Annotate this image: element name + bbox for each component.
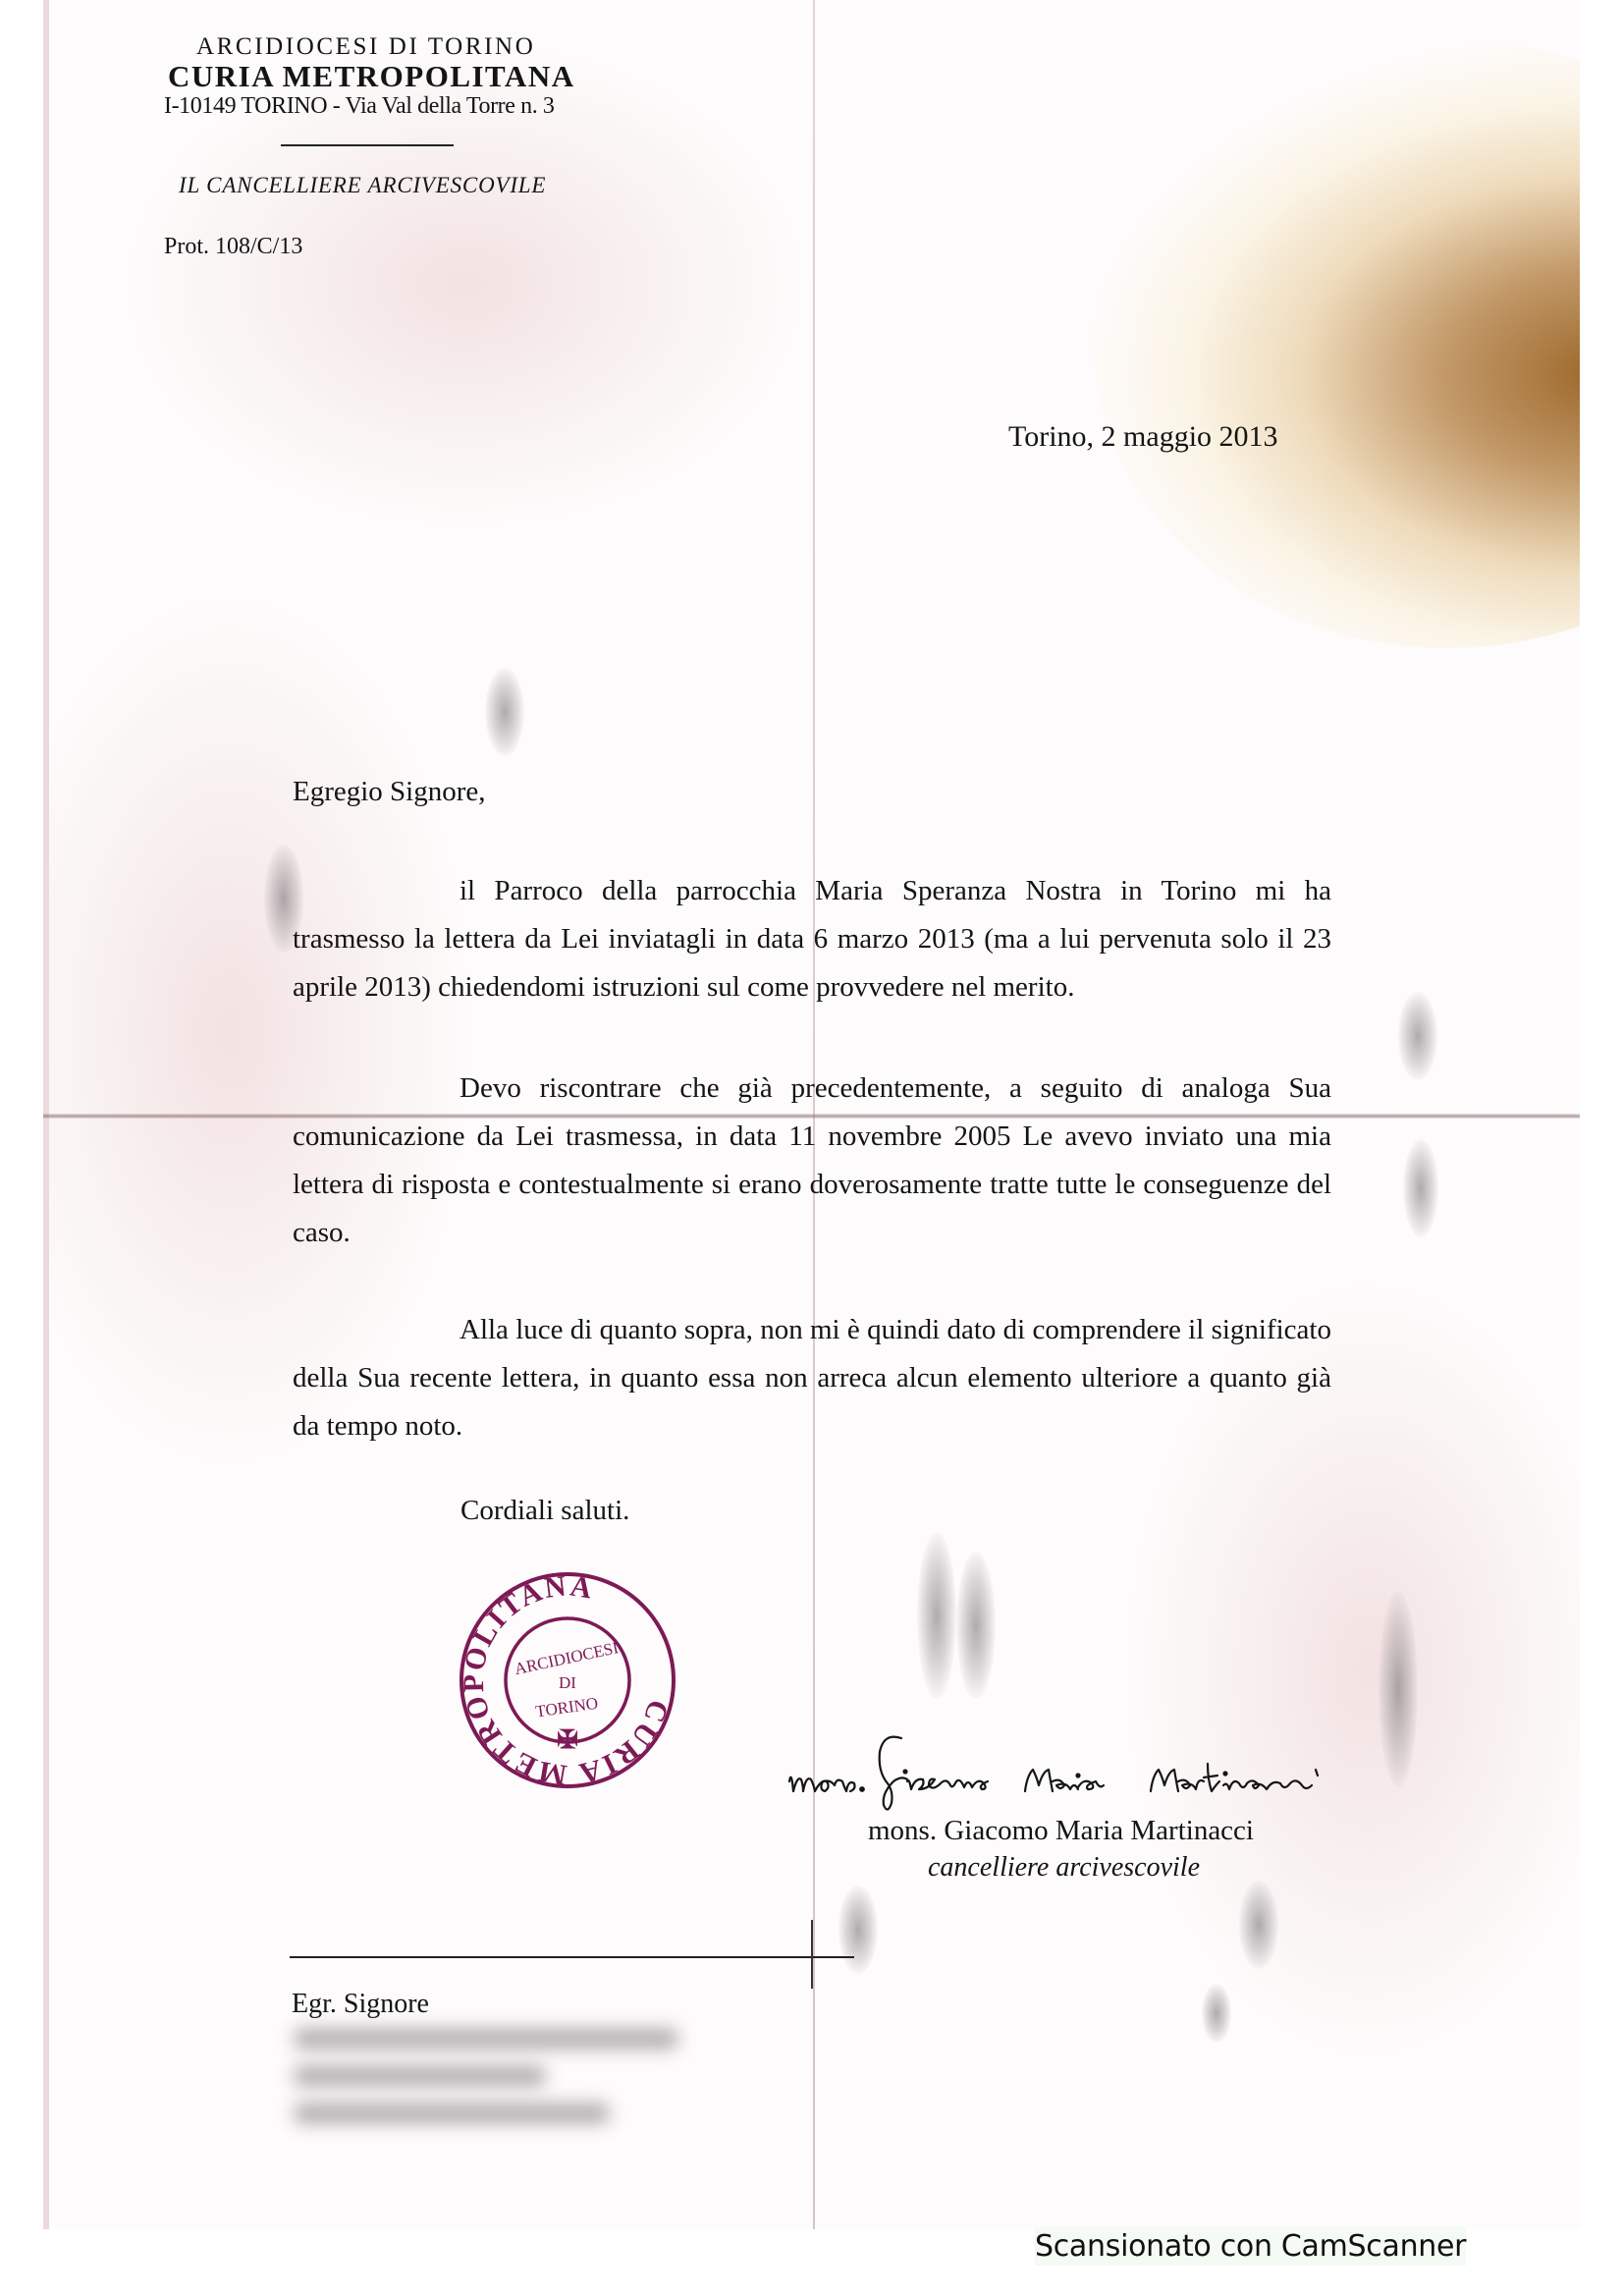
body-paragraph-1: il Parroco della parrocchia Maria Speran… [293, 867, 1331, 1011]
letterhead-office: IL CANCELLIERE ARCIVESCOVILE [179, 173, 546, 198]
protocol-number: Prot. 108/C/13 [164, 234, 302, 260]
letter-date: Torino, 2 maggio 2013 [1008, 420, 1278, 454]
stamp-cross-icon: ✠ [557, 1725, 578, 1754]
salutation: Egregio Signore, [293, 776, 486, 808]
letterhead-curia: CURIA METROPOLITANA [168, 59, 575, 94]
camscanner-watermark: Scansionato con CamScanner [1035, 2227, 1466, 2266]
smudge [1403, 1139, 1438, 1237]
fold-mark [811, 1920, 813, 1989]
stamp-inner-line2: DI [559, 1673, 576, 1692]
handwritten-signature: mons. Giacomo Maria Martinacci [785, 1721, 1414, 1819]
official-stamp: CURIA METROPOLITANA ✠ ARCIDIOCESI DI TOR… [457, 1569, 678, 1791]
redacted-address-line-2 [295, 2066, 545, 2086]
signer-title: cancelliere arcivescovile [928, 1852, 1200, 1884]
letterhead-rule [281, 144, 454, 146]
smudge [485, 668, 524, 756]
letterhead-address: I-10149 TORINO - Via Val della Torre n. … [164, 93, 555, 120]
smudge [1398, 992, 1437, 1080]
smudge [956, 1552, 996, 1699]
smudge [838, 1886, 878, 1974]
smudge [917, 1532, 956, 1699]
redacted-address-line-1 [295, 2029, 677, 2049]
recipient-label: Egr. Signore [292, 1989, 429, 2020]
closing: Cordiali saluti. [460, 1495, 629, 1527]
letterhead-archdiocese: ARCIDIOCESI DI TORINO [196, 33, 535, 61]
stamp-inner-line3: TORINO [534, 1694, 599, 1722]
smudge [1239, 1881, 1278, 1969]
body-paragraph-3: Alla luce di quanto sopra, non mi è quin… [293, 1306, 1331, 1450]
body-paragraph-2: Devo riscontrare che già precedentemente… [293, 1065, 1331, 1257]
stamp-inner-line1: ARCIDIOCESI [513, 1638, 621, 1678]
smudge [1202, 1984, 1231, 2043]
redacted-address-line-3 [295, 2104, 609, 2123]
address-separator-rule [290, 1956, 854, 1958]
signer-name: mons. Giacomo Maria Martinacci [868, 1815, 1254, 1847]
brown-stain [1094, 39, 1580, 648]
